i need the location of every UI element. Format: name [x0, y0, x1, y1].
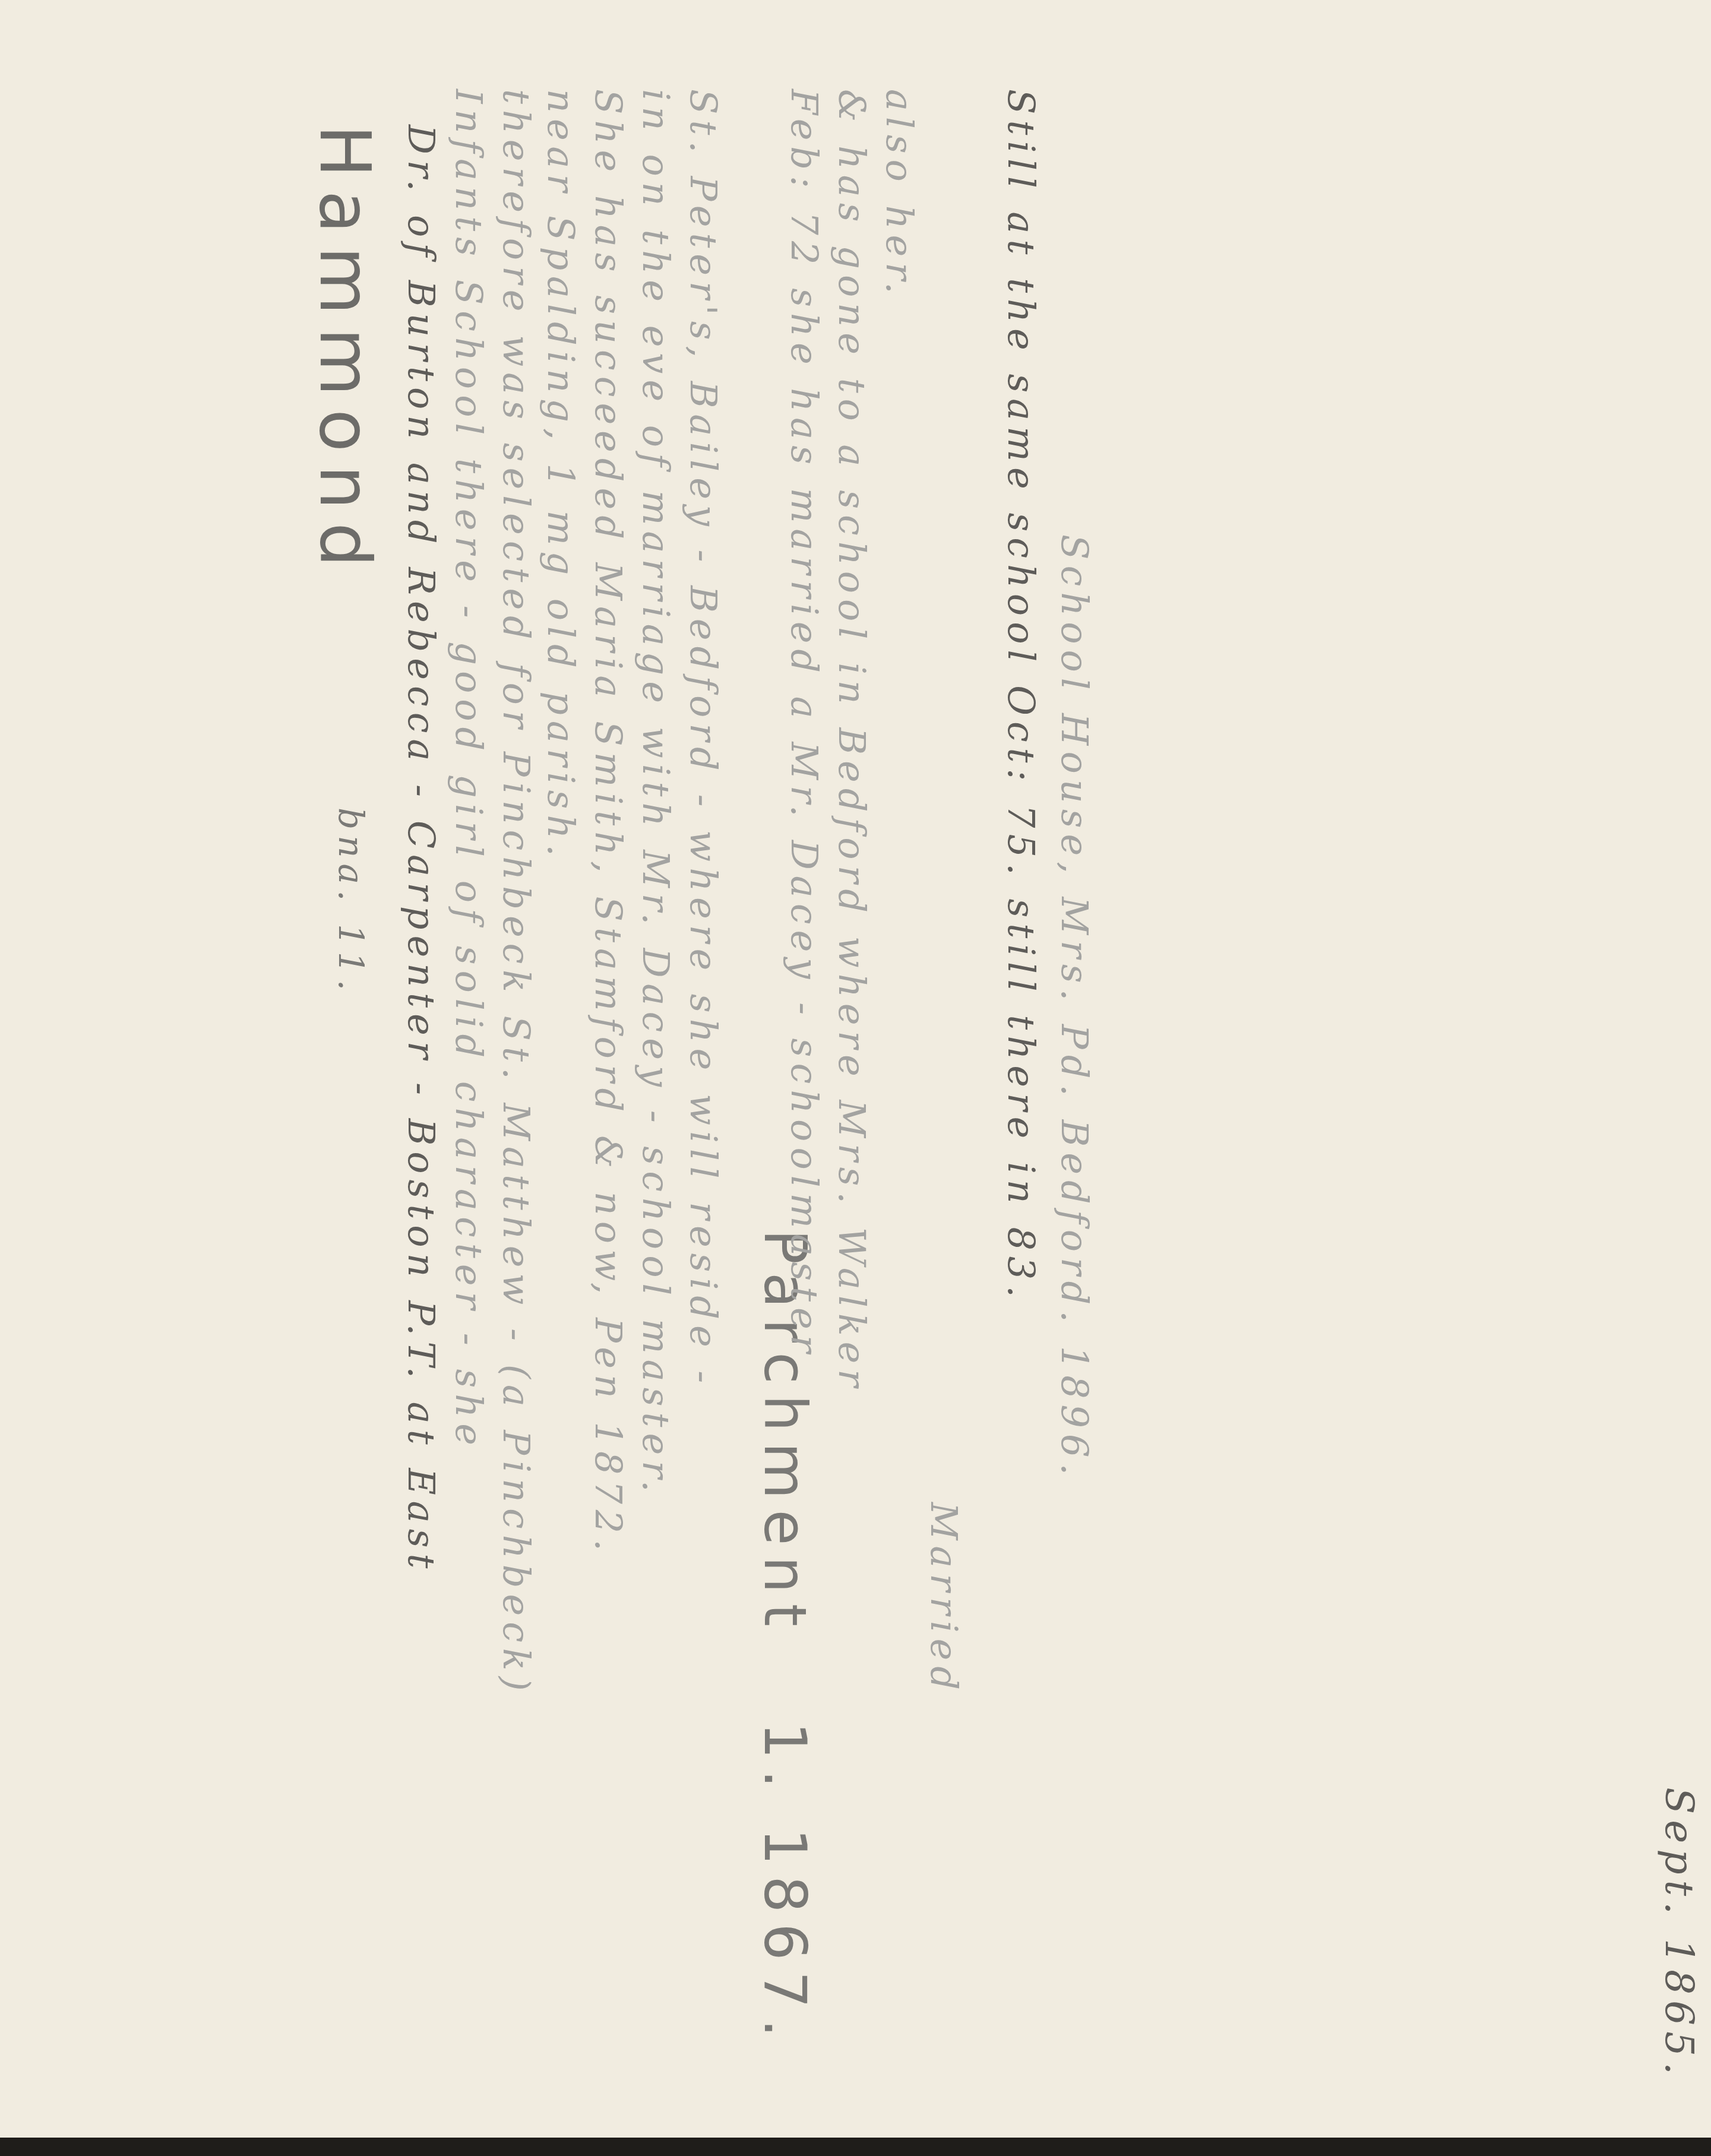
- entry-line: Still at the same school Oct: 75. still …: [1002, 89, 1039, 1303]
- entry-line: also her.: [881, 89, 918, 300]
- entry-line: near Spalding, 1 mg old parish.: [542, 89, 579, 862]
- entry-line: Feb: 72 she has married a Mr. Dacey - sc…: [786, 89, 823, 1359]
- entry-line: therefore was selected for Pinchbeck St.…: [498, 89, 535, 1697]
- document-page: Hammond bna. 11. Dr. of Burton and Rebec…: [0, 0, 1711, 2138]
- entry-line: in on the eve of marriage with Mr. Dacey…: [637, 89, 674, 1498]
- entry-line: She has succeeded Maria Smith, Stamford …: [590, 89, 627, 1557]
- entry-annotation: bna. 11.: [334, 808, 368, 996]
- entry-line: Dr. of Burton and Rebecca - Carpenter - …: [403, 125, 439, 1574]
- entry-line: St. Peter's, Bailey - Bedford - where sh…: [685, 89, 722, 1389]
- entry-line: Infants School there - good girl of soli…: [450, 89, 487, 1451]
- page-bottom-edge: [0, 2138, 1711, 2156]
- entry-surname-hammond: Hammond: [310, 125, 380, 580]
- entry-status-married: Married: [925, 1502, 962, 1696]
- date-header: Sept. 1865.: [1659, 1787, 1699, 2081]
- entry-line: School House, Mrs. Pd. Bedford. 1896.: [1056, 534, 1093, 1481]
- entry-line: & has gone to a school in Bedford where …: [833, 89, 870, 1393]
- entry-annotation: 1. 1867.: [755, 1722, 814, 2048]
